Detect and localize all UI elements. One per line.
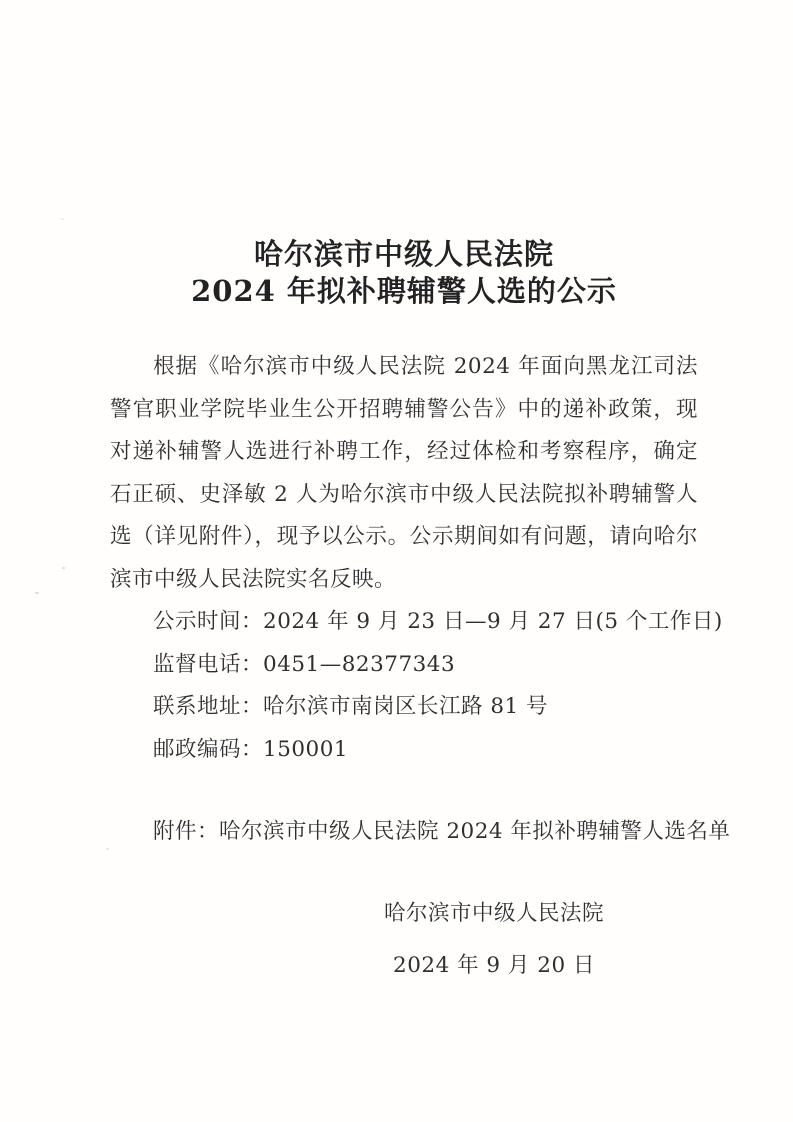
info-line-contact-address: 联系地址：哈尔滨市南岗区长江路 81 号	[110, 686, 698, 729]
attachment-value: 哈尔滨市中级人民法院 2024 年拟补聘辅警人选名单	[219, 819, 730, 844]
supervision-phone-value: 0451—82377343	[263, 652, 455, 677]
scan-speckle	[35, 592, 39, 594]
info-line-publicity-period: 公示时间：2024 年 9 月 23 日—9 月 27 日(5 个工作日)	[110, 601, 698, 644]
document-title-line-1: 哈尔滨市中级人民法院	[110, 236, 698, 273]
attachment-line: 附件：哈尔滨市中级人民法院 2024 年拟补聘辅警人选名单	[110, 811, 698, 854]
contact-address-value: 哈尔滨市南岗区长江路 81 号	[263, 694, 548, 719]
postal-code-value: 150001	[263, 737, 348, 762]
signature-date: 2024 年 9 月 20 日	[344, 940, 644, 992]
document-body: 哈尔滨市中级人民法院 2024 年拟补聘辅警人选的公示 根据《哈尔滨市中级人民法…	[110, 236, 698, 992]
info-line-supervision-phone: 监督电话：0451—82377343	[110, 644, 698, 687]
supervision-phone-label: 监督电话：	[153, 652, 263, 677]
scan-speckle	[62, 567, 65, 569]
signature-org: 哈尔滨市中级人民法院	[344, 888, 644, 940]
info-line-postal-code: 邮政编码：150001	[110, 729, 698, 772]
contact-address-label: 联系地址：	[153, 694, 263, 719]
scan-speckle	[106, 848, 109, 850]
publicity-period-label: 公示时间：	[153, 609, 263, 634]
attachment-label: 附件：	[153, 819, 219, 844]
postal-code-label: 邮政编码：	[153, 737, 263, 762]
scan-speckle	[61, 218, 64, 220]
document-title-line-2: 2024 年拟补聘辅警人选的公示	[110, 273, 698, 310]
body-paragraph: 根据《哈尔滨市中级人民法院 2024 年面向黑龙江司法警官职业学院毕业生公开招聘…	[110, 346, 698, 601]
publicity-period-value: 2024 年 9 月 23 日—9 月 27 日(5 个工作日)	[263, 609, 723, 634]
signature-block: 哈尔滨市中级人民法院 2024 年 9 月 20 日	[344, 888, 644, 992]
document-page: 哈尔滨市中级人民法院 2024 年拟补聘辅警人选的公示 根据《哈尔滨市中级人民法…	[0, 0, 793, 1122]
document-title: 哈尔滨市中级人民法院 2024 年拟补聘辅警人选的公示	[110, 236, 698, 310]
